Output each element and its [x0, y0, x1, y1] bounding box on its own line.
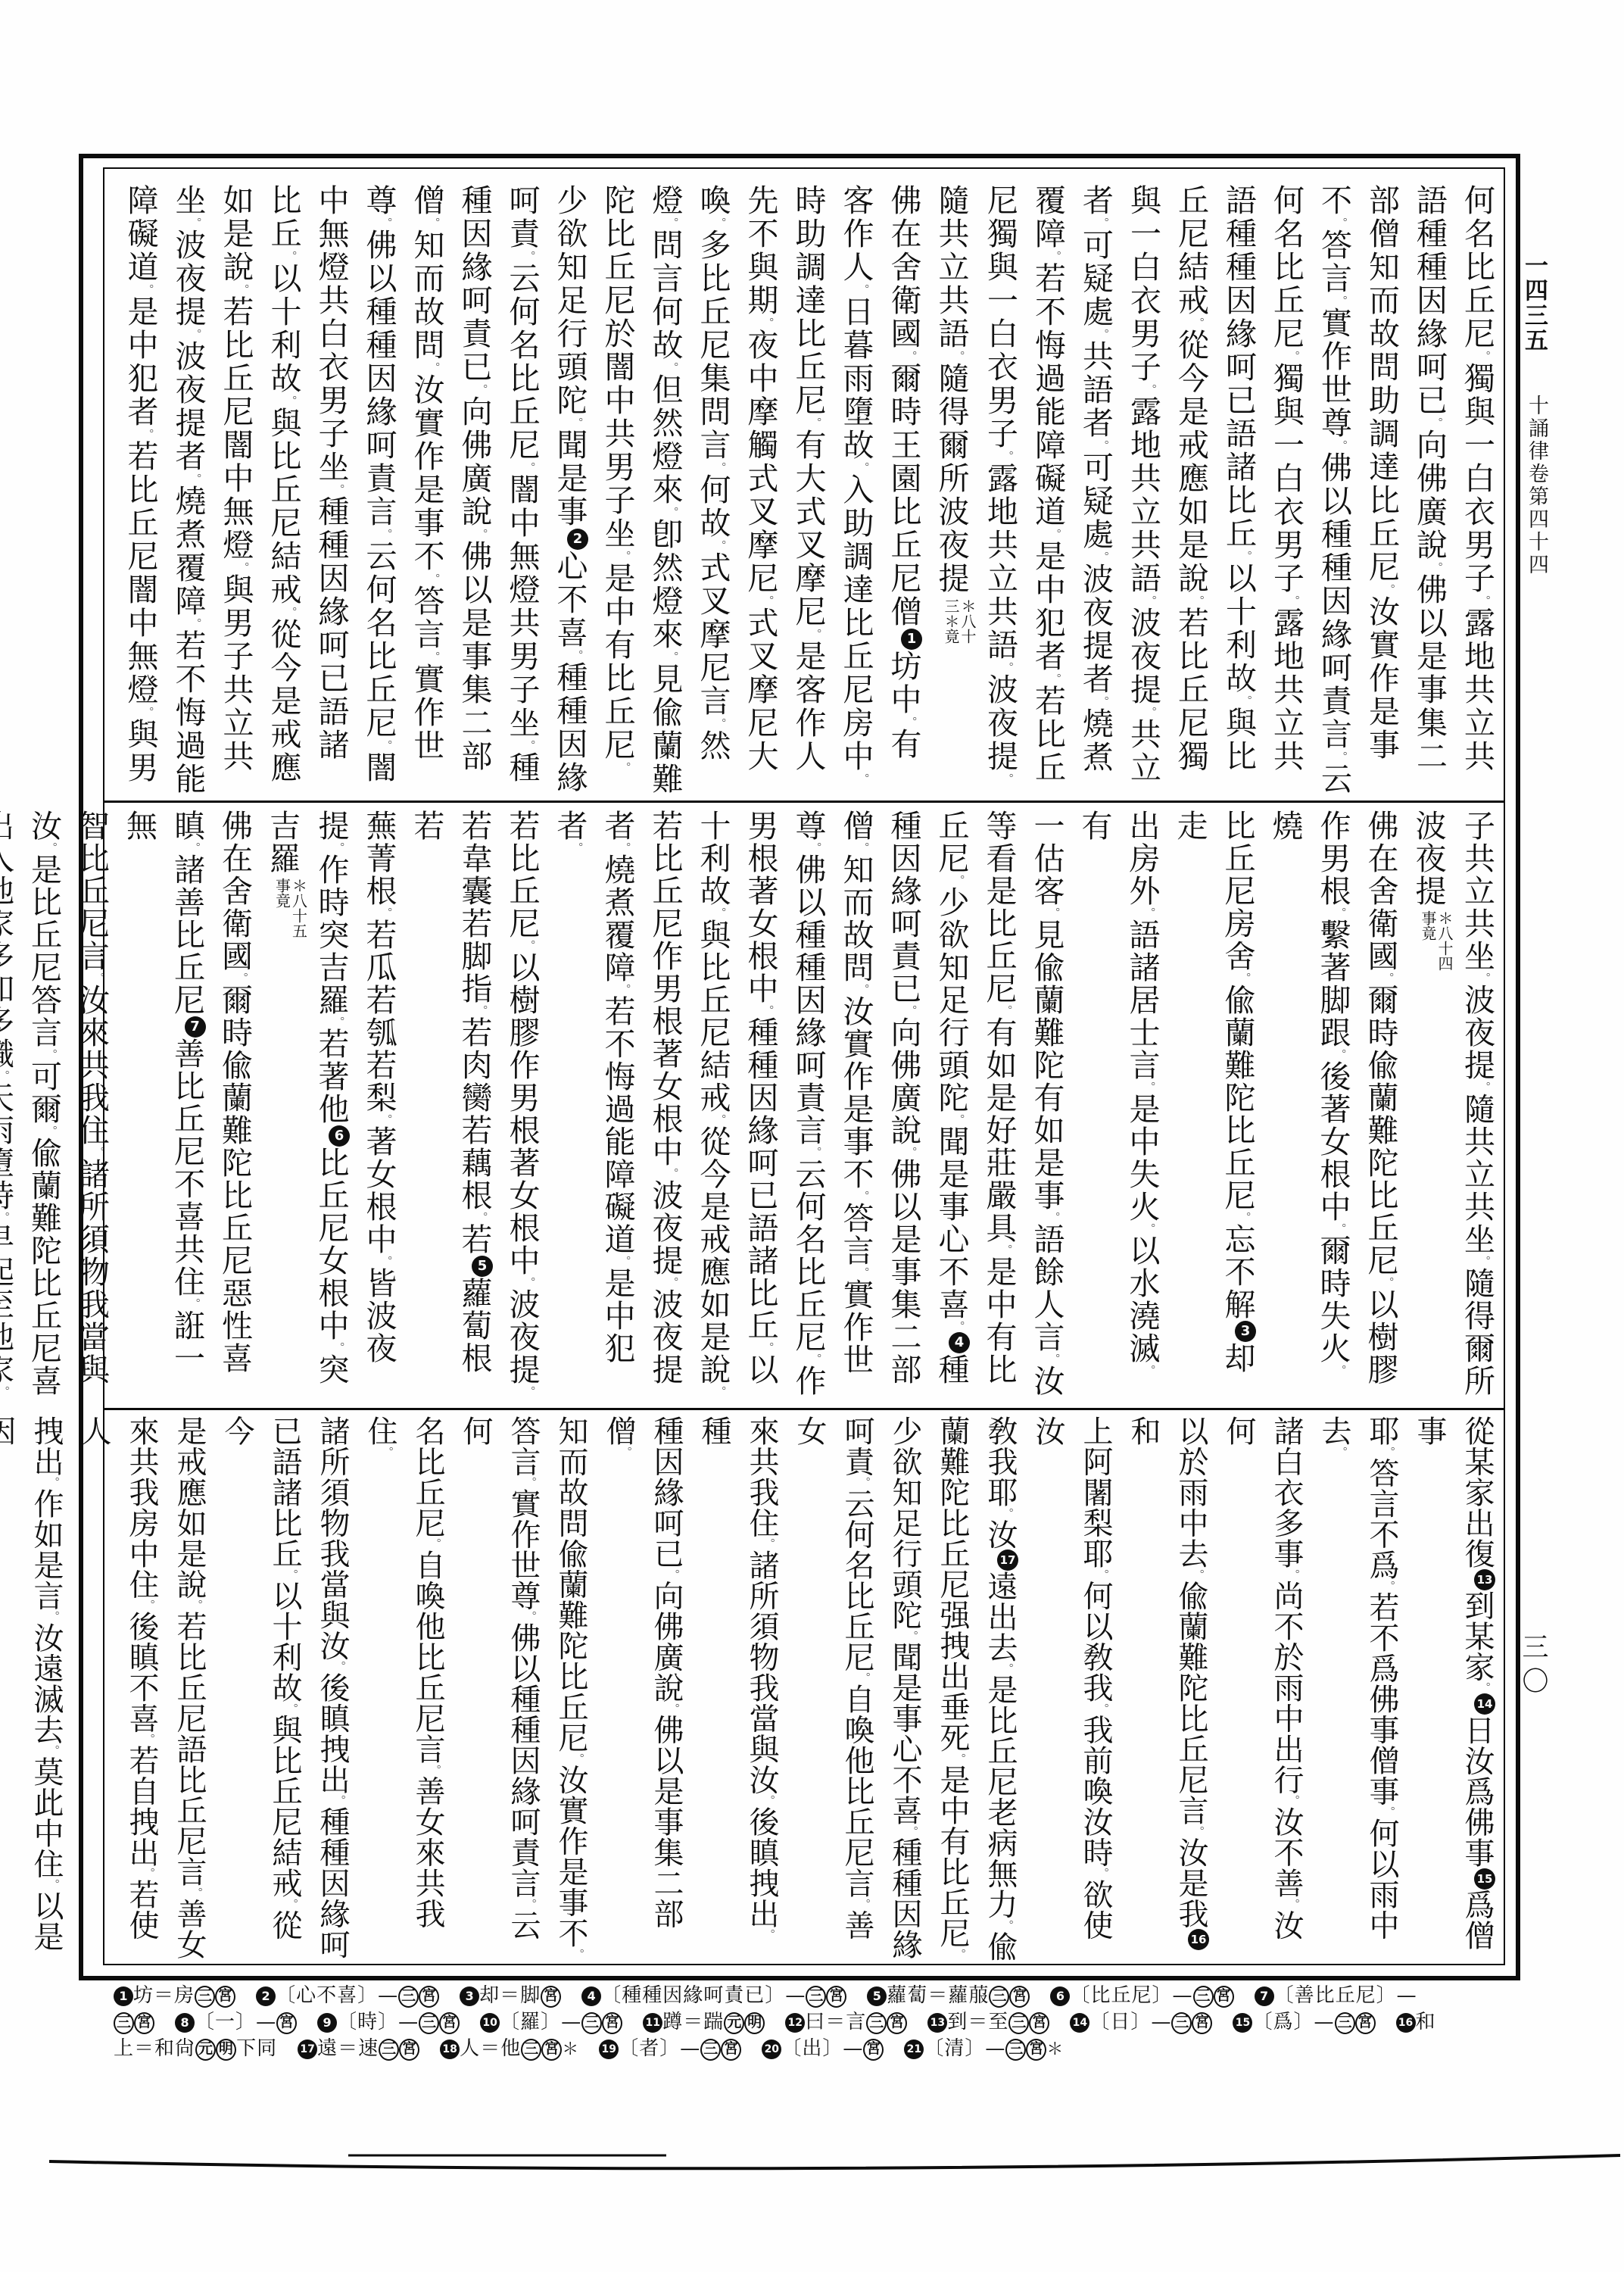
text-column-18: 燈。問言何故。但然燈來。卽然燈來。見偸蘭難 [641, 184, 689, 797]
punctuation: 。 [1239, 1212, 1252, 1223]
punctuation: 。 [142, 1599, 156, 1611]
punctuation: 。 [237, 562, 251, 573]
text-column-1: 子共立共坐。波夜提。隨共立共坐。隨得爾所 [1453, 810, 1501, 1403]
punctuation: 。 [1287, 351, 1301, 362]
punctuation: 。 [47, 1477, 61, 1488]
punctuation: 。 [235, 972, 249, 984]
punctuation: 。 [1000, 1005, 1014, 1016]
punctuation: 。 [952, 875, 966, 886]
text-column-25: 汝。是比丘尼答言。可爾。偸蘭難陀比丘尼喜 [20, 810, 67, 1403]
collation-star: ＊ [1046, 2040, 1063, 2059]
edition-siglum: 三 [806, 1986, 826, 2008]
punctuation: 。 [1382, 1581, 1396, 1592]
punctuation: 。 [809, 417, 823, 429]
text-column-9: 丘尼。少欲知足行頭陀。聞是事心不喜。4種 [927, 810, 975, 1403]
footnote-marker: 16 [1188, 1929, 1209, 1950]
text-column-8: 等看是比丘尼。有如是好莊嚴具。是中有比 [975, 810, 1023, 1403]
punctuation: 。 [1001, 773, 1015, 785]
text-column-2: 語種種因緣呵已。向佛廣說。佛以是事集二 [1405, 184, 1453, 797]
inline-section-note: ＊八十三＊竟 [943, 598, 976, 644]
punctuation: 。 [1430, 417, 1444, 429]
punctuation: 。 [1335, 295, 1348, 307]
text-column-5: 上阿闍梨耶。何以敎我。我前喚汝時。欲使汝 [1024, 1415, 1119, 1963]
punctuation: 。 [857, 842, 871, 854]
text-column-7: 蘭難陀比丘尼强拽出垂死。是中有比丘尼。 [928, 1415, 976, 1963]
punctuation: 。 [1478, 1081, 1492, 1093]
text-column-21: 呵責。云何名比丘尼。闇中無燈共男子坐。種 [498, 184, 546, 797]
punctuation: 。 [475, 384, 489, 395]
footnote-marker: 19 [599, 2039, 619, 2059]
text-column-6: 語種種因緣呵已語諸比丘。以十利故。與比 [1214, 184, 1262, 797]
text-column-5: 比丘尼房舍。偸蘭難陀比丘尼。忘不解3却走 [1166, 810, 1261, 1403]
punctuation: 。 [762, 1538, 776, 1550]
punctuation: 。 [1049, 529, 1062, 540]
text-column-4: 以於雨中去。偸蘭難陀比丘尼言。汝是我16和 [1119, 1415, 1214, 1963]
punctuation: 。 [1048, 1353, 1061, 1365]
header-page-locator: 一四三五 [1517, 253, 1551, 353]
punctuation: 。 [381, 1447, 394, 1458]
edition-siglum: 宮 [1192, 2012, 1212, 2034]
punctuation: 。 [953, 1753, 967, 1765]
text-column-8: 少欲知足行頭陀。聞是事心不喜。種種因緣 [881, 1415, 928, 1963]
punctuation: 。 [714, 462, 728, 473]
punctuation: 。 [1144, 595, 1158, 607]
edition-siglum: 三 [1193, 1986, 1214, 2008]
punctuation: 。 [1001, 1920, 1015, 1931]
punctuation: 。 [1478, 1256, 1492, 1267]
punctuation: 。 [333, 1795, 347, 1806]
footnote-marker: 20 [762, 2039, 781, 2059]
edition-siglum: 元 [724, 2012, 744, 2034]
punctuation: 。 [1049, 251, 1062, 262]
punctuation: 。 [285, 1703, 299, 1715]
punctuation: 。 [1335, 751, 1348, 763]
punctuation: 。 [1287, 1795, 1301, 1806]
edition-siglum: 三 [581, 2012, 602, 2034]
footnote-marker: 6 [1050, 1986, 1070, 2006]
punctuation: 。 [45, 842, 58, 854]
edition-siglum: 三 [195, 1986, 215, 2008]
text-column-4: 不。答言。實作世尊。佛以種種因緣呵責言。云 [1310, 184, 1357, 797]
punctuation: 。 [1096, 551, 1110, 563]
edition-siglum: 宮 [399, 2039, 419, 2061]
punctuation: 。 [380, 217, 394, 229]
punctuation: 。 [47, 1879, 61, 1890]
punctuation: 。 [380, 740, 394, 751]
punctuation: 。 [1143, 1365, 1157, 1376]
text-column-12: 尊。佛以種種因緣呵責言。云何名比丘尼。作 [784, 810, 832, 1403]
footnote-marker: 14 [1474, 1693, 1495, 1715]
edition-siglum: 三 [1008, 2012, 1029, 2034]
punctuation: 。 [952, 351, 966, 362]
text-column-19: 拽出。作如是言。汝遠滅去。莫此中住。以是因 [0, 1415, 70, 1963]
punctuation: 。 [189, 618, 203, 629]
punctuation: 。 [714, 1386, 728, 1397]
text-column-22: 佛在舍衛國。爾時偸蘭難陀比丘尼惡性喜 [210, 810, 258, 1403]
inline-note-column: ＊八十四 [1436, 910, 1453, 971]
punctuation: 。 [666, 651, 680, 663]
footnote-marker: 15 [1474, 1868, 1495, 1890]
punctuation: 。 [1335, 217, 1348, 229]
text-column-16: 者。燒煮覆障。若不悔過能障礙道。是中犯者。 [546, 810, 641, 1403]
footnote-marker: 4 [949, 1332, 970, 1353]
punctuation: 。 [809, 842, 823, 854]
punctuation: 。 [429, 1538, 442, 1550]
scanned-page: 一四三五 十誦律卷第四十四 三〇 何名比丘尼。獨與一白衣男子。露地共立共語種種因… [0, 0, 1624, 2272]
punctuation: 。 [380, 1114, 394, 1125]
edition-siglum: 三 [1335, 2012, 1355, 2034]
text-column-17: 喚。多比丘尼集問言。何故。式叉摩尼言。然 [689, 184, 737, 797]
punctuation: 。 [619, 551, 632, 562]
punctuation: 。 [332, 484, 346, 495]
text-column-12: 隨共立共語。隨得爾所波夜提＊八十三＊竟 [927, 184, 977, 797]
punctuation: 。 [762, 317, 775, 329]
punctuation: 。 [142, 429, 155, 440]
footnote-marker: 9 [317, 2013, 337, 2033]
punctuation: 。 [619, 984, 632, 995]
punctuation: 。 [1144, 707, 1158, 718]
punctuation: 。 [1001, 662, 1015, 673]
footnote-marker: 8 [175, 2013, 195, 2033]
text-band-top: 何名比丘尼。獨與一白衣男子。露地共立共語種種因緣呵已。向佛廣說。佛以是事集二部僧… [114, 184, 1501, 797]
punctuation: 。 [285, 1569, 299, 1581]
footnote-marker: 18 [440, 2039, 460, 2059]
punctuation: 。 [523, 940, 537, 951]
punctuation: 。 [1048, 1212, 1061, 1223]
punctuation: 。 [1001, 1663, 1015, 1674]
punctuation: 。 [762, 1342, 775, 1353]
text-column-19: 陀比丘尼於闇中共男子坐。是中有比丘尼。 [594, 184, 641, 797]
punctuation: 。 [858, 1672, 871, 1684]
punctuation: 。 [189, 329, 203, 340]
edition-siglum: 三 [419, 2012, 439, 2034]
punctuation: 。 [475, 1005, 489, 1016]
text-column-3: 部僧知而故問助調達比丘尼。汝實作是事 [1357, 184, 1405, 797]
edition-siglum: 三 [1005, 2039, 1026, 2061]
punctuation: 。 [1287, 1899, 1301, 1910]
text-column-16: 已語諸比丘。以十利故。與比丘尼結戒。從今 [213, 1415, 308, 1963]
punctuation: 。 [1478, 1682, 1492, 1693]
punctuation: 。 [1335, 440, 1348, 451]
punctuation: 。 [905, 1005, 918, 1016]
text-column-28: 坐。波夜提。波夜提者。燒煮覆障。若不悔過能 [164, 184, 212, 797]
inline-note-column: 事竟 [274, 878, 291, 938]
punctuation: 。 [1143, 907, 1157, 919]
punctuation: 。 [380, 907, 394, 919]
text-column-24: 尊。佛以種種因緣呵責言。云何名比丘尼。闇 [355, 184, 403, 797]
punctuation: 。 [45, 1125, 58, 1137]
edition-siglum: 三 [866, 2012, 887, 2034]
footnote-marker: 12 [785, 2013, 805, 2033]
punctuation: 。 [189, 217, 203, 229]
punctuation: 。 [1096, 1703, 1110, 1715]
punctuation: 。 [571, 417, 584, 429]
text-column-14: 客作人。日暮雨墮故。入助調達比丘尼房中。 [832, 184, 880, 797]
punctuation: 。 [952, 1321, 966, 1332]
punctuation: 。 [428, 217, 441, 229]
punctuation: 。 [762, 595, 775, 607]
text-column-13: 佛在舍衛國。爾時王園比丘尼僧1坊中。有 [880, 184, 927, 797]
punctuation: 。 [1382, 1277, 1395, 1288]
edition-siglum: 三 [1171, 2012, 1192, 2034]
punctuation: 。 [1049, 673, 1062, 685]
text-column-9: 呵責。云何名比丘尼。自喚他比丘尼言。善女 [785, 1415, 881, 1963]
text-column-3: 諸白衣多事。尚不於雨中出行。汝不善。汝何 [1214, 1415, 1310, 1963]
punctuation: 。 [1287, 1569, 1301, 1581]
punctuation: 。 [1239, 695, 1253, 707]
punctuation: 。 [189, 473, 203, 485]
punctuation: 。 [523, 1277, 537, 1288]
text-column-7: 一估客。見偸蘭難陀有如是事。語餘人言。汝 [1023, 810, 1071, 1403]
band-separator [104, 801, 1504, 803]
punctuation: 。 [524, 1477, 538, 1488]
punctuation: 。 [475, 1212, 489, 1223]
punctuation: 。 [666, 362, 680, 373]
punctuation: 。 [858, 1477, 871, 1488]
footnote-marker: 6 [329, 1125, 350, 1147]
text-column-9: 者。可疑處。共語者。可疑處。波夜提者。燒煮 [1071, 184, 1119, 797]
inline-section-note: ＊八十四事竟 [1420, 910, 1453, 971]
text-column-27: 如是說。若比丘尼闇中無燈。與男子共立共 [212, 184, 260, 797]
inline-note-column: ＊八十 [959, 598, 976, 644]
text-column-17: 是戒應如是說。若比丘尼語比丘尼言。善女 [165, 1415, 213, 1963]
text-column-4: 作男根。繫著脚跟。後著女根中。爾時失火。燒 [1261, 810, 1357, 1403]
edition-siglum: 宮 [602, 2012, 622, 2034]
footnote-marker: 10 [480, 2013, 500, 2033]
punctuation: 。 [714, 217, 728, 229]
text-column-11: 種因緣呵已。向佛廣說。佛以是事集二部僧。 [594, 1415, 690, 1963]
edition-siglum: 宮 [541, 1986, 561, 2008]
punctuation: 。 [1000, 1244, 1014, 1256]
text-column-24: 智比丘尼言。汝來共我住。諸所須物我當與 [67, 810, 115, 1403]
edition-siglum: 宮 [134, 2012, 154, 2034]
punctuation: 。 [1144, 384, 1158, 395]
punctuation: 。 [380, 1256, 394, 1267]
text-column-15: 諸所須物我當與汝。後瞋拽出。種種因緣呵 [308, 1415, 356, 1963]
edition-siglum: 元 [195, 2039, 216, 2061]
text-column-13: 男根著女根中。種種因緣呵已語諸比丘。以 [737, 810, 784, 1403]
edition-siglum: 宮 [887, 2012, 907, 2034]
text-column-8: 與一白衣男子。露地共立共語。波夜提。共立 [1119, 184, 1167, 797]
punctuation: 。 [428, 362, 441, 373]
punctuation: 。 [857, 773, 871, 785]
punctuation: 。 [619, 1447, 633, 1458]
punctuation: 。 [1239, 972, 1252, 984]
punctuation: 。 [237, 284, 251, 295]
punctuation: 。 [523, 740, 537, 751]
punctuation: 。 [666, 217, 680, 229]
inline-section-note: ＊八十五事竟 [274, 878, 307, 938]
text-column-14: 名比丘尼。自喚他比丘尼言。善女來共我住。 [356, 1415, 451, 1963]
punctuation: 。 [809, 629, 823, 640]
edition-siglum: 宮 [276, 2012, 297, 2034]
punctuation: 。 [475, 529, 489, 540]
footnote-marker: 17 [298, 2039, 317, 2059]
edition-siglum: 明 [216, 2039, 236, 2061]
punctuation: 。 [45, 1049, 58, 1060]
edition-siglum: 三 [379, 2039, 399, 2061]
text-column-23: 僧。知而故問。汝實作是事不。答言。實作世 [403, 184, 450, 797]
text-column-6: 敎我耶。汝17遠出去。是比丘尼老病無力。偸 [976, 1415, 1024, 1963]
text-column-11: 尼獨與一白衣男子。露地共立共語。波夜提。 [976, 184, 1024, 797]
punctuation: 。 [0, 1070, 11, 1081]
punctuation: 。 [857, 984, 871, 995]
punctuation: 。 [858, 1899, 871, 1910]
footnote-marker: 17 [997, 1550, 1018, 1571]
edition-siglum: 三 [521, 2039, 541, 2061]
punctuation: 。 [667, 1569, 681, 1581]
punctuation: 。 [571, 650, 584, 661]
punctuation: 。 [1096, 440, 1110, 451]
punctuation: 。 [905, 716, 918, 728]
punctuation: 。 [1143, 1223, 1157, 1234]
collation-star: ＊ [562, 2040, 578, 2059]
punctuation: 。 [714, 718, 728, 729]
text-column-20: 少欲知足行頭陀。聞是事2心不喜。種種因緣 [546, 184, 594, 797]
punctuation: 。 [1096, 217, 1110, 229]
punctuation: 。 [1478, 595, 1492, 607]
text-column-5: 何名比丘尼。獨與一白衣男子。露地共立共 [1262, 184, 1310, 797]
punctuation: 。 [333, 1661, 347, 1672]
punctuation: 。 [1334, 1049, 1348, 1060]
text-column-10: 來共我住。諸所須物我當與汝。後瞋拽出。種 [690, 1415, 785, 1963]
punctuation: 。 [524, 1611, 538, 1622]
punctuation: 。 [1335, 1447, 1348, 1458]
punctuation: 。 [142, 1734, 156, 1745]
punctuation: 。 [1382, 584, 1396, 595]
inline-note-column: 三＊竟 [943, 598, 959, 644]
punctuation: 。 [714, 540, 728, 551]
text-column-23: 瞋。諸善比丘尼7善比丘尼不喜共住。誑一無 [115, 810, 210, 1403]
footnote-marker: 1 [114, 1986, 133, 2006]
inline-note-column: 事竟 [1420, 910, 1436, 971]
punctuation: 。 [429, 1765, 442, 1776]
punctuation: 。 [857, 284, 871, 295]
punctuation: 。 [380, 529, 394, 540]
text-column-1: 從某家出復13到某家。14日汝爲佛事15爲僧事 [1405, 1415, 1501, 1963]
punctuation: 。 [809, 1353, 823, 1365]
footnote-marker: 13 [1474, 1569, 1495, 1590]
punctuation: 。 [905, 351, 918, 362]
header-volume-title: 十誦律卷第四十四 [1522, 395, 1551, 576]
punctuation: 。 [1096, 329, 1110, 340]
punctuation: 。 [666, 507, 680, 518]
punctuation: 。 [1192, 595, 1205, 607]
punctuation: 。 [1334, 1365, 1348, 1376]
punctuation: 。 [1001, 451, 1015, 462]
footnote-area: 1坊＝房三宮 2〔心不喜〕—三宮 3却＝脚宮 4〔種種因緣呵責已〕—三宮 5蘿蔔… [114, 1983, 1514, 2062]
text-column-21: 吉羅＊八十五事竟 [258, 810, 307, 1403]
footnote-marker: 11 [643, 2013, 662, 2033]
punctuation: 。 [285, 607, 298, 618]
footnote-marker: 7 [185, 1016, 206, 1038]
punctuation: 。 [572, 1753, 585, 1765]
page-edge-lines [0, 2151, 1624, 2189]
punctuation: 。 [1001, 1508, 1015, 1519]
text-column-15: 時助調達比丘尼。有大式叉摩尼。是客作人 [784, 184, 832, 797]
edition-siglum: 宮 [541, 2039, 562, 2061]
text-column-10: 覆障。若不悔過能障礙道。是中犯者。若比丘 [1024, 184, 1071, 797]
text-column-22: 種因緣呵責已。向佛廣說。佛以是事集二部 [450, 184, 498, 797]
punctuation: 。 [1478, 351, 1492, 362]
punctuation: 。 [142, 1868, 156, 1879]
text-column-10: 種因緣呵責已。向佛廣說。佛以是事集二部 [880, 810, 927, 1403]
text-column-14: 十利故。與比丘尼結戒。從今是戒應如是說。 [689, 810, 737, 1403]
punctuation: 。 [1287, 595, 1301, 607]
footnote-marker: 21 [904, 2039, 924, 2059]
edition-siglum: 三 [700, 2039, 721, 2061]
text-column-2: 耶。答言不爲。若不爲佛事僧事。何以雨中去。 [1310, 1415, 1405, 1963]
punctuation: 。 [1192, 1569, 1205, 1581]
punctuation: 。 [524, 1899, 538, 1910]
punctuation: 。 [188, 1298, 201, 1309]
punctuation: 。 [762, 1005, 775, 1016]
edition-siglum: 宮 [1029, 2012, 1049, 2034]
text-column-18: 來共我房中住。後瞋不喜。若自拽出。若使人 [70, 1415, 165, 1963]
punctuation: 。 [285, 1899, 299, 1910]
punctuation: 。 [1048, 907, 1061, 919]
text-band-middle: 子共立共坐。波夜提。隨共立共坐。隨得爾所波夜提＊八十四事竟佛在舍衛國。爾時偸蘭難… [114, 810, 1501, 1403]
edition-siglum: 宮 [721, 2039, 741, 2061]
punctuation: 。 [1382, 1447, 1396, 1458]
footnote-marker: 15 [1233, 2013, 1252, 2033]
punctuation: 。 [857, 1191, 871, 1202]
punctuation: 。 [142, 707, 155, 718]
inline-note-column: ＊八十五 [291, 878, 307, 938]
text-column-20: 提。作時突吉羅。若著他6比丘尼女根中。突 [307, 810, 355, 1403]
text-column-6: 出房外。語諸居士言。是中失火。以水澆滅。有 [1071, 810, 1166, 1403]
text-column-7: 丘尼結戒。從今是戒應如是說。若比丘尼獨 [1167, 184, 1214, 797]
punctuation: 。 [1192, 317, 1205, 329]
punctuation: 。 [1430, 562, 1444, 573]
punctuation: 。 [523, 1386, 537, 1397]
footnote-marker: 14 [1070, 2013, 1089, 2033]
punctuation: 。 [47, 1745, 61, 1756]
text-band-bottom: 從某家出復13到某家。14日汝爲佛事15爲僧事耶。答言不爲。若不爲佛事僧事。何以… [114, 1415, 1501, 1963]
edition-siglum: 三 [989, 1986, 1009, 2008]
text-column-13: 答言。實作世尊。佛以種種因緣呵責言。云何 [451, 1415, 547, 1963]
punctuation: 。 [332, 842, 346, 854]
punctuation: 。 [906, 1631, 919, 1642]
text-column-2: 波夜提＊八十四事竟 [1404, 810, 1454, 1403]
punctuation: 。 [905, 1147, 918, 1158]
punctuation: 。 [188, 842, 201, 854]
punctuation: 。 [666, 1277, 680, 1288]
punctuation: 。 [1382, 972, 1395, 984]
punctuation: 。 [0, 1386, 11, 1397]
punctuation: 。 [667, 1703, 681, 1715]
punctuation: 。 [1096, 1868, 1110, 1879]
punctuation: 。 [1192, 1826, 1205, 1837]
punctuation: 。 [285, 395, 298, 407]
punctuation: 。 [1096, 1569, 1110, 1581]
punctuation: 。 [666, 1168, 680, 1179]
text-column-26: 比丘。以十利故。與比丘尼結戒。從今是戒應 [260, 184, 307, 797]
edition-siglum: 宮 [1026, 2039, 1046, 2061]
edition-siglum: 宮 [439, 2012, 460, 2034]
text-column-12: 知而故問偸蘭難陀比丘尼。汝實作是事不。 [547, 1415, 594, 1963]
footnote-marker: 7 [1255, 1986, 1274, 2006]
text-column-19: 蕪菁根。若瓜若瓠若梨。著女根中。皆波夜 [355, 810, 403, 1403]
punctuation: 。 [1334, 1223, 1348, 1234]
punctuation: 。 [1143, 1081, 1157, 1093]
punctuation: 。 [142, 284, 155, 295]
punctuation: 。 [762, 1795, 776, 1806]
text-column-1: 何名比丘尼。獨與一白衣男子。露地共立共 [1453, 184, 1501, 797]
punctuation: 。 [0, 1212, 11, 1223]
punctuation: 。 [523, 462, 537, 473]
footnote-row: 上＝和尙元明下同 17遠＝速三宮 18人＝他三宮＊ 19〔者〕—三宮 20〔出〕… [114, 2036, 1514, 2062]
